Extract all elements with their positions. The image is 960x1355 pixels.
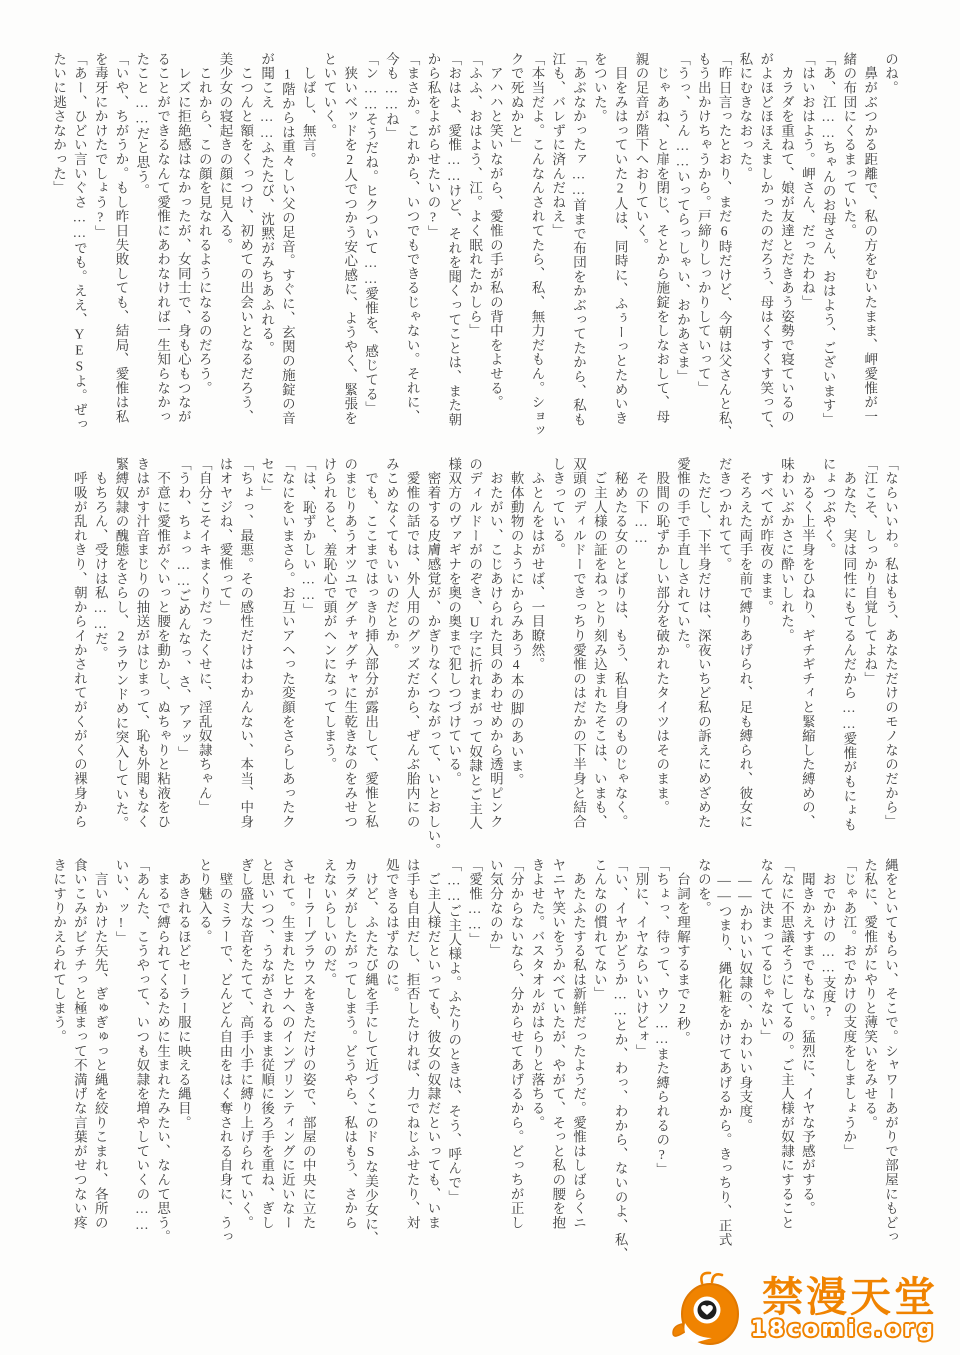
text-column: きはがす汁音まじりの抽送がはじまって、恥も外聞もなく xyxy=(131,457,152,861)
text-column: そろえた両手を前で縛りあげられ、足も縛られ、彼女に xyxy=(734,457,755,861)
text-column: ――つまり、縄化粧をかけてあげるから。きっちり、正式 xyxy=(713,858,734,1262)
text-column: 股間の恥ずかしい部分を破かれたタイツはそのまま。 xyxy=(650,457,671,861)
text-column: 不意に愛惟がぐいっと腰を動かし、ぬちゃりと粘液をひ xyxy=(151,457,172,861)
text-column: たいに逃さなかった」 xyxy=(47,52,68,456)
text-column: 「ならいいわ。私はもう、あなただけのモノなのだから」 xyxy=(879,457,900,861)
text-column: ご主人様の証をねっとり刻み込まれたそこは、いまも、 xyxy=(588,457,609,861)
text-column: たこと……だと思う。 xyxy=(131,52,152,456)
text-column: と思いつつ、うながされるまま従順に後ろ手を重ね、ぎし xyxy=(255,858,276,1262)
text-column: 今も……ね」 xyxy=(380,52,401,456)
text-column: なんて決まってるじゃない」 xyxy=(754,858,775,1262)
text-column: 味わいぶかさに酔いしれた。 xyxy=(775,457,796,861)
text-column: とり魅入る。 xyxy=(193,858,214,1262)
text-column: 密着する皮膚感覚が、かぎりなくつながって、いとおしい。 xyxy=(422,457,443,861)
text-column: 「……ご主人様よ。ふたりのときは、そう、呼んで」 xyxy=(442,858,463,1262)
text-column: 「なに不思議そうにしてるの。ご主人様が奴隷にすること xyxy=(775,858,796,1262)
text-column: 江も、バレずに済んだねえ」 xyxy=(546,52,567,456)
text-column: しきっている。 xyxy=(546,457,567,861)
text-column: これから、この顔を見なれるようになるのだろう。 xyxy=(193,52,214,456)
watermark-site-name: 禁漫天堂 xyxy=(762,1276,938,1319)
text-column: 「別に、イヤならいいけどォ」 xyxy=(630,858,651,1262)
text-column: 愛惟の手で手直しされていた。 xyxy=(671,457,692,861)
text-column: カラダがしたがってしまう。どうやら、私はもう、さから xyxy=(338,858,359,1262)
text-column: にょつぶやく。 xyxy=(817,457,838,861)
text-column: セーラーブラウスをきただけの姿で、部屋の中央に立た xyxy=(297,858,318,1262)
text-column: 鼻がぶつかる距離で、私の方をむいたまま、岬愛惟が一 xyxy=(858,52,879,456)
text-column: おでかけの……支度? xyxy=(817,858,838,1262)
text-band-bottom: 縄をといてもらい、そこで。シャワーあがりで部屋にもどった私に、愛惟がにやりと薄笑… xyxy=(47,858,900,1254)
text-column: 愛惟の話では、外人用のグッズだから、ぜんぶ胎内にの xyxy=(401,457,422,861)
text-column: 狭いベッドを2人でつかう安心感に、ようやく、緊張を xyxy=(338,52,359,456)
text-column: 聞きかえすまでもない。猛烈に、イヤな予感がする。 xyxy=(796,858,817,1262)
text-column: 呼吸が乱れきり、朝からイかされてがくがくの裸身から xyxy=(68,457,89,861)
text-column: た私に、愛惟がにやりと薄笑いをみせる。 xyxy=(858,858,879,1262)
text-column: といていく。 xyxy=(318,52,339,456)
text-column: 「おはよ、愛惟……けど、それを聞くってことは、また朝 xyxy=(442,52,463,456)
text-column: から私をよがらせたいの?」 xyxy=(422,52,443,456)
text-column: レズに拒絶感はなかったが、女同士で、身も心もつなが xyxy=(172,52,193,456)
text-column: 「は、恥ずかしい……」 xyxy=(297,457,318,861)
text-column: おたがい、こじあけられた貝のあわせめから透明ピンク xyxy=(484,457,505,861)
text-column: 「昨日言ったとおり、まだ6時だけど、今朝は父さんと私、 xyxy=(713,52,734,456)
text-column: ただし、下半身だけは、深夜いちど私の訴えにめざめた xyxy=(692,457,713,861)
text-column: されて。生まれたヒナへのインプリンティングに近いなー xyxy=(276,858,297,1262)
text-column: 言いかけた矢先、ぎゅぎゅっと縄を絞りこまれ、各所の xyxy=(89,858,110,1262)
text-column: 「あぶなかったァ……首まで布団をかぶってたから、私も xyxy=(567,52,588,456)
text-column: こんなの慣れてない」 xyxy=(588,858,609,1262)
text-column: こつんと額をくっつけ、初めての出会いとなるだろう、 xyxy=(235,52,256,456)
text-column: 処できるはずなのに。 xyxy=(380,858,401,1262)
text-column: を毒牙にかけたでしょう?」 xyxy=(89,52,110,456)
text-column: 「うっ、うん……いってらっしゃい、おかあさま」 xyxy=(671,52,692,456)
text-column: 「江こそ、しっかり自覚してよね」 xyxy=(858,457,879,861)
text-column: 緊縛奴隷の醜態をさらし、2ラウンドめに突入していた。 xyxy=(110,457,131,861)
text-column: 「自分こそイキまくりだったくせに、淫乱奴隷ちゃん」 xyxy=(193,457,214,861)
text-column: いい、ッ!」 xyxy=(110,858,131,1262)
text-column: 「なにをいまさら。お互いアヘった変顔をさらしあったク xyxy=(276,457,297,861)
text-column: がよほどほほえましかったのだろう、母はくすくす笑って、 xyxy=(754,52,775,456)
text-column: みこめなくてもいいのだとか。 xyxy=(380,457,401,861)
text-column: あたふたする私は新鮮だったようだ。愛惟はしばらくニ xyxy=(567,858,588,1262)
text-column: 「本当だよ。こんなんされてたら、私、無力だもん。ショッ xyxy=(526,52,547,456)
text-column: ――かわいい奴隷の、かわいい身支度。 xyxy=(734,858,755,1262)
text-column: は手も自由だし、拒否したければ、力でねじふせたり、対 xyxy=(401,858,422,1262)
text-column: 「ちょっ、待って、ウソ……また縛られるの?」 xyxy=(650,858,671,1262)
text-column: をついた。 xyxy=(588,52,609,456)
text-column: その下…… xyxy=(630,457,651,861)
text-column: じゃあね、と扉を閉じ、そとから施錠をしなおして、母 xyxy=(650,52,671,456)
watermark: 禁漫天堂 18comic.org xyxy=(671,1269,938,1349)
text-column: きにすりかえられてしまう。 xyxy=(47,858,68,1262)
text-column: でも、ここまではっきり挿入部分が露出して、愛惟と私 xyxy=(359,457,380,861)
text-column: 軟体動物のようにからみあう4本の脚のあいま。 xyxy=(505,457,526,861)
text-column: ることができるなんて愛惟にあわなければ一生知らなかっ xyxy=(151,52,172,456)
text-column: のね。 xyxy=(879,52,900,456)
text-column: ご主人様だといっても、彼女の奴隷だといっても、いま xyxy=(422,858,443,1262)
watermark-text: 禁漫天堂 18comic.org xyxy=(751,1276,938,1342)
text-column: 1階からは重々しい父の足音。すぐに、玄関の施錠の音 xyxy=(276,52,297,456)
text-column: 双頭のディルドーできっちり愛惟のはだかの下半身と結合 xyxy=(567,457,588,861)
text-column: すべてが昨夜のまま。 xyxy=(754,457,775,861)
text-column: 「じゃあ江。おでかけの支度をしましょうか」 xyxy=(838,858,859,1262)
text-column: 「いや、ちがうか。もし昨日失敗しても、結局、愛惟は私 xyxy=(110,52,131,456)
text-column: はオヤジね、愛惟って」 xyxy=(214,457,235,861)
text-column: なのを。 xyxy=(692,858,713,1262)
text-column: きよせた。バスタオルがはらりと落ちる。 xyxy=(526,858,547,1262)
text-column: 「ちょっ、最悪。その感性だけはわかんない、本当、中身 xyxy=(235,457,256,861)
text-column: 「ふふ、おはよう、江。よく眠れたかしら」 xyxy=(463,52,484,456)
text-column: のまじりあうオツユでグチャグチャに生乾きなのをみせつ xyxy=(338,457,359,861)
text-column: 壁のミラーで、どんどん自由をはく奪される自身に、うっ xyxy=(214,858,235,1262)
text-column: 「分からないなら、分からせてあげるから。どっちが正し xyxy=(505,858,526,1262)
text-column: カラダを重ねて、娘が友達とだきあう姿勢で寝ているの xyxy=(775,52,796,456)
text-column: あきれるほどセーラー服に映える縄目。 xyxy=(172,858,193,1262)
text-column: けど、ふたたび縄を手にして近づくこのドSな美少女に、 xyxy=(359,858,380,1262)
text-column: クで死ぬかと」 xyxy=(505,52,526,456)
text-column: しばし、無言。 xyxy=(297,52,318,456)
text-column: 緒の布団にくるまっていた。 xyxy=(838,52,859,456)
text-column: 秘めたる女のとばりは、もう、私自身のものじゃなく。 xyxy=(609,457,630,861)
orange-whale-mascot-icon xyxy=(671,1269,745,1349)
text-column: だきつかれてて。 xyxy=(713,457,734,861)
text-column: まるで縛られてくるために生まれたみたい、なんて思う。 xyxy=(151,858,172,1262)
text-column: ぎし盛大な音をたてて、高手小手に縛り上げられていく。 xyxy=(235,858,256,1262)
text-column: 台詞を理解するまで2秒。 xyxy=(671,858,692,1262)
text-column: セに」 xyxy=(255,457,276,861)
text-column: のディルドーがのぞき、U字に折れまがって奴隷とご主人 xyxy=(463,457,484,861)
text-column: あなた、実は同性にもてるんだから……愛惟がもにょも xyxy=(838,457,859,861)
novel-page: のね。 鼻がぶつかる距離で、私の方をむいたまま、岬愛惟が一緒の布団にくるまってい… xyxy=(0,0,960,1355)
text-column: えないらしいのだ。 xyxy=(318,858,339,1262)
text-column: ふとんをはがせば、一目瞭然。 xyxy=(526,457,547,861)
text-column: 様双方のヴァギナを奥の奥まで犯しつづけている。 xyxy=(442,457,463,861)
text-column: 「まさか。これから、いつでもできるじゃない。それに、 xyxy=(401,52,422,456)
text-column: 「うわ、ちょっ……ごめんなっ、さ、アァッ」 xyxy=(172,457,193,861)
text-column: 私にむきなおった。 xyxy=(734,52,755,456)
text-column: 縄をといてもらい、そこで。シャワーあがりで部屋にもどっ xyxy=(879,858,900,1262)
text-column: い気分なのか」 xyxy=(484,858,505,1262)
text-column: 「あー、ひどい言いぐさ……でも。ええ、YESよ。ぜっ xyxy=(68,52,89,456)
text-column: が聞こえ……ふたたび、沈黙がみちあふれる。 xyxy=(255,52,276,456)
text-column: 「はいおはよう。岬さん、だったわね」 xyxy=(796,52,817,456)
text-column: アハハと笑いながら、愛惟の手が私の背中をよせる。 xyxy=(484,52,505,456)
text-band-middle: 「ならいいわ。私はもう、あなただけのモノなのだから」「江こそ、しっかり自覚してよ… xyxy=(68,457,900,853)
text-column: 「い、イヤかどうか……とか、わっ、わから、ないのよ、私、 xyxy=(609,858,630,1262)
text-column: 食いこみがビチチっと極まって不満げな言葉がせつない疼 xyxy=(68,858,89,1262)
watermark-site-url: 18comic.org xyxy=(751,1317,936,1342)
text-column: 「愛惟……」 xyxy=(463,858,484,1262)
text-column: ヤニヤ笑いをうかべていたが、やがて、そっと私の腰を抱 xyxy=(546,858,567,1262)
text-column: 目をみはっていた2人は、同時に、ふぅーっとためいき xyxy=(609,52,630,456)
text-band-top: のね。 鼻がぶつかる距離で、私の方をむいたまま、岬愛惟が一緒の布団にくるまってい… xyxy=(47,52,900,448)
text-column: 親の足音が階下へおりていく。 xyxy=(630,52,651,456)
text-column: けられると、羞恥心で頭がヘンになってしまう。 xyxy=(318,457,339,861)
text-column: 「あ、江……ちゃんのお母さん、おはよう、ございます」 xyxy=(817,52,838,456)
text-column: もう出かけちゃうから。戸締りしっかりしていって」 xyxy=(692,52,713,456)
text-column: 「ン……そうだね。ヒクついて……愛惟を、感じてる」 xyxy=(359,52,380,456)
text-column: 美少女の寝起きの顔に見入る。 xyxy=(214,52,235,456)
text-column: 「あんた、こうやって、いつも奴隷を増やしていくの…… xyxy=(131,858,152,1262)
text-column: かるく上半身をひねり、ギチギチィと緊縮した縛めの、 xyxy=(796,457,817,861)
text-column: もちろん、受けは私……だ。 xyxy=(89,457,110,861)
